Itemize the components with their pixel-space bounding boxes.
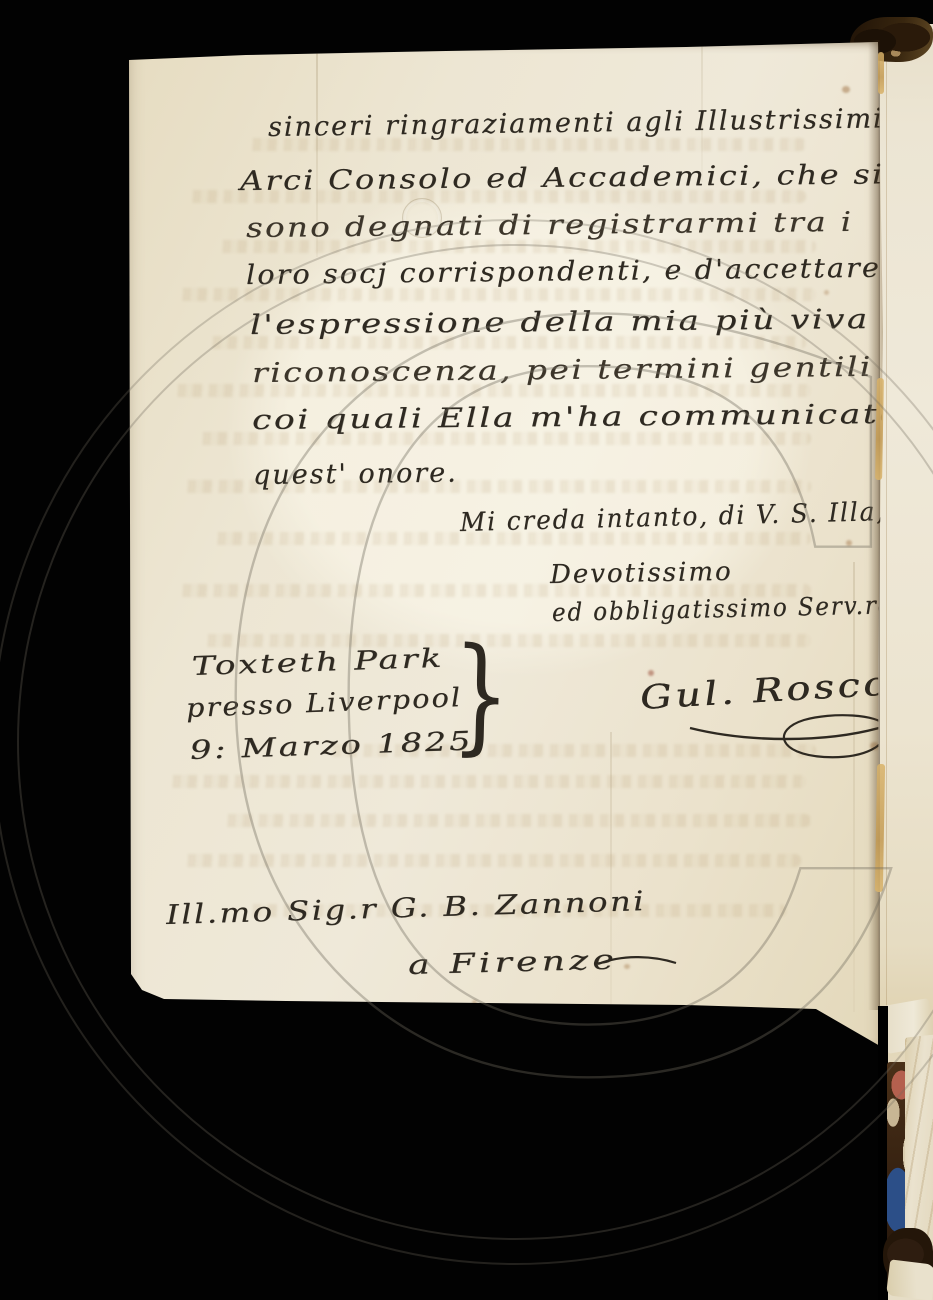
- foxing-spot: [472, 1000, 477, 1005]
- letter-line: l'espressione della mia più viva: [250, 304, 870, 342]
- foxing-spot: [648, 670, 654, 676]
- letter-line: sono degnati di registrarmi tra i: [246, 207, 854, 246]
- dateline-date: 9: Marzo 1825.: [189, 726, 487, 767]
- closing-line: ed obbligatissimo Serv.re: [552, 590, 894, 628]
- dateline-brace: }: [451, 637, 512, 753]
- foxing-spot: [846, 540, 852, 546]
- folded-paper-fragment: [886, 1259, 933, 1300]
- closing-line: Mi creda intanto, di V. S. Illa,: [460, 497, 887, 539]
- letter-line: quest' onore.: [253, 457, 458, 492]
- dateline-place: Toxteth Park: [191, 644, 445, 683]
- letter-line: riconoscenza, pei termini gentili: [252, 352, 873, 391]
- letter-line: Arci Consolo ed Accademici, che si: [240, 159, 885, 198]
- dateline-place: presso Liverpool: [185, 683, 463, 725]
- fold-crease: [853, 562, 855, 1012]
- letter-page: sinceri ringraziamenti agli Illustrissim…: [126, 42, 883, 1050]
- scanned-letter-photograph: sinceri ringraziamenti agli Illustrissim…: [0, 0, 933, 1300]
- signature-flourish: [686, 710, 898, 770]
- bleedthrough-line: [181, 854, 801, 867]
- bleedthrough-line: [166, 775, 806, 788]
- foxing-spot: [842, 86, 850, 93]
- foxing-spot: [824, 290, 829, 295]
- address-line: a Firenze: [407, 945, 618, 983]
- strip-crease-line: [886, 60, 887, 1010]
- letter-line: coi quali Ella m'ha communicato: [252, 399, 903, 438]
- address-flourish: [596, 950, 680, 974]
- closing-line: Devotissimo: [550, 557, 733, 591]
- page-edge-tan-mark: [878, 52, 884, 94]
- bleedthrough-line: [221, 814, 811, 827]
- letter-line: loro socj corrispondenti, e d'accettare: [246, 253, 881, 293]
- address-line: Ill.mo Sig.r G. B. Zannoni: [165, 886, 646, 932]
